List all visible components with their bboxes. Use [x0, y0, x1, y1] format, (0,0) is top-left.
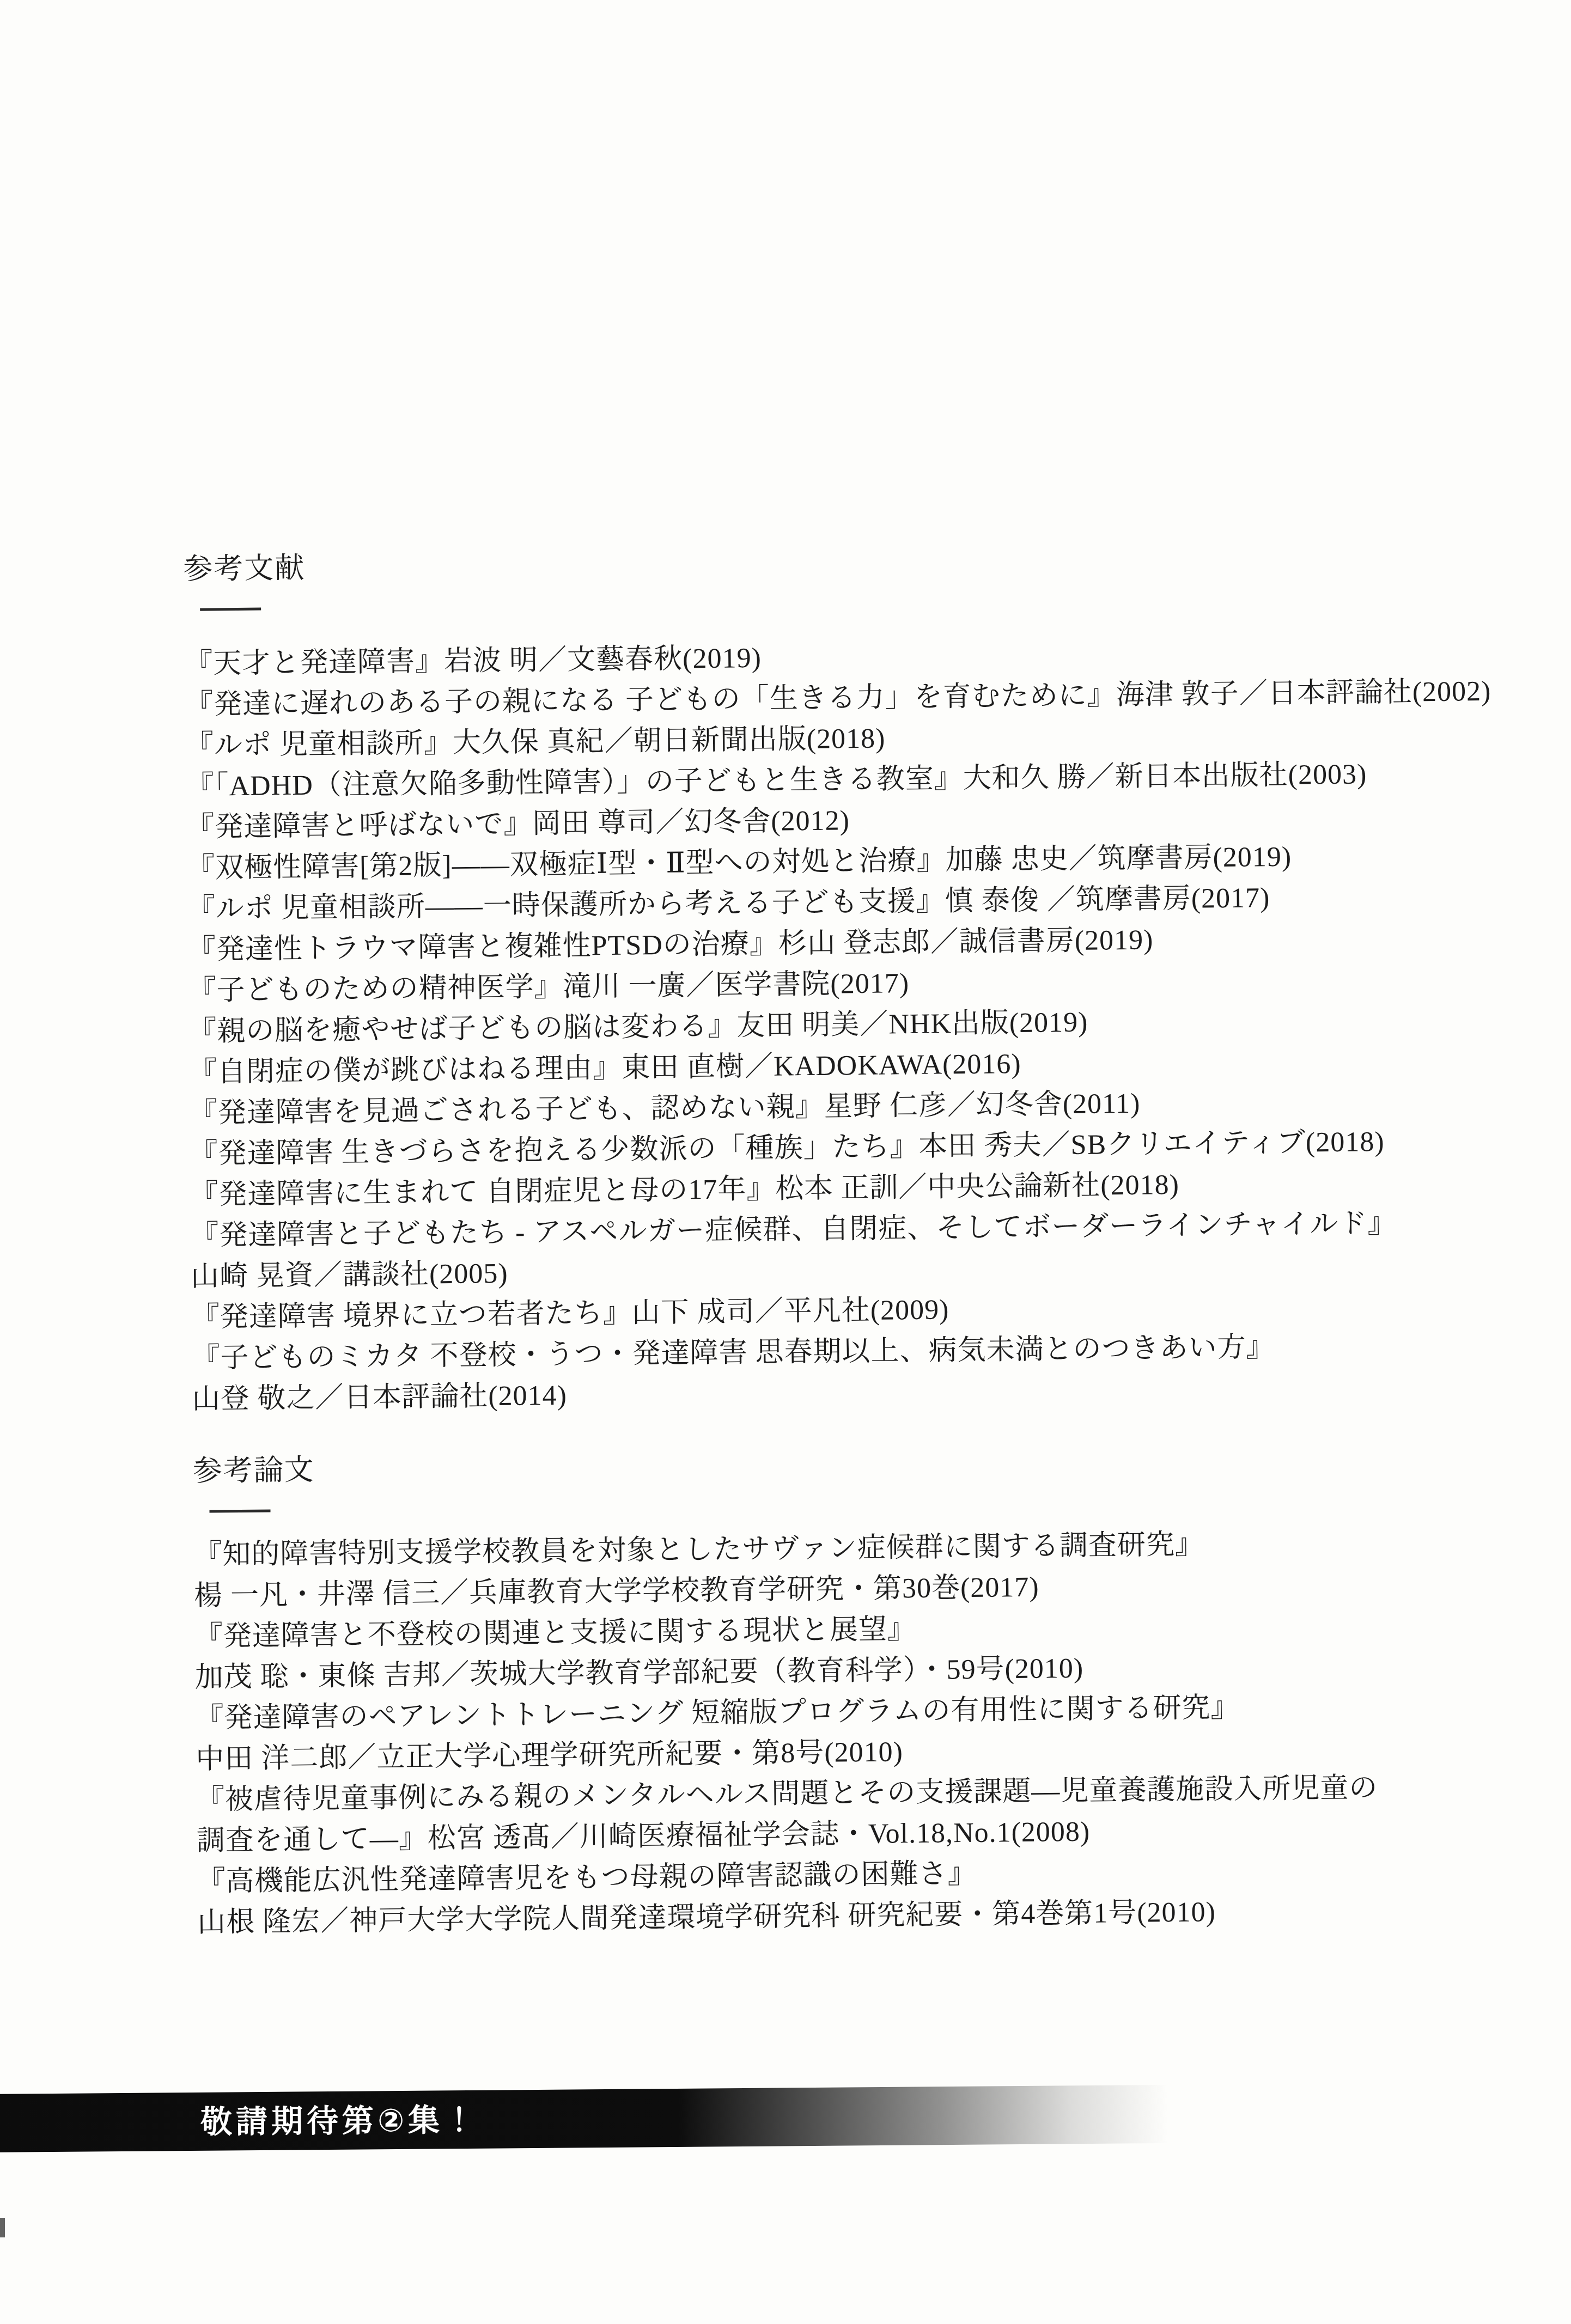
footer-banner: 敬請期待第②集！ — [0, 2085, 1180, 2152]
section-rule — [200, 608, 261, 611]
footer-banner-text: 敬請期待第②集！ — [200, 2090, 479, 2151]
papers-list: 『知的障害特別支援学校教員を対象としたサヴァン症候群に関する調査研究』 楊 一凡… — [193, 1520, 1571, 1943]
printed-text-block: 参考文献 『天才と発達障害』岩波 明／文藝春秋(2019) 『発達に遅れのある子… — [183, 534, 1571, 1943]
bibliography-section-heading: 参考文献 — [183, 534, 1571, 590]
bibliography-list: 『天才と発達障害』岩波 明／文藝春秋(2019) 『発達に遅れのある子の親になる… — [184, 629, 1571, 1420]
section-rule — [209, 1509, 270, 1512]
scanned-book-page: 参考文献 『天才と発達障害』岩波 明／文藝春秋(2019) 『発達に遅れのある子… — [0, 0, 1571, 2324]
scan-edge-artifact — [0, 2218, 5, 2237]
papers-section-heading: 参考論文 — [192, 1436, 1571, 1492]
